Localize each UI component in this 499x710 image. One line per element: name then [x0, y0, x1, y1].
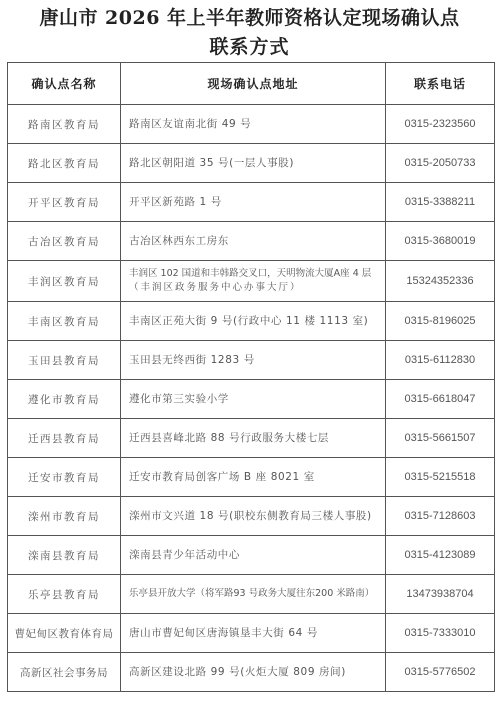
contact-table: 确认点名称 现场确认点地址 联系电话 路南区教育局 路南区友谊南北街 49 号 …	[7, 62, 495, 692]
office-address: 开平区新苑路 1 号	[121, 183, 386, 222]
office-address: 迁西县喜峰北路 88 号行政服务大楼七层	[121, 419, 386, 458]
office-phone: 0315-3680019	[386, 222, 495, 261]
header-phone: 联系电话	[386, 63, 495, 105]
header-address: 现场确认点地址	[121, 63, 386, 105]
office-phone: 0315-4123089	[386, 536, 495, 575]
office-phone: 0315-2050733	[386, 144, 495, 183]
office-name: 曹妃甸区教育体育局	[8, 614, 121, 653]
office-phone: 15324352336	[386, 261, 495, 302]
office-address: 路南区友谊南北街 49 号	[121, 105, 386, 144]
office-name: 玉田县教育局	[8, 341, 121, 380]
header-name: 确认点名称	[8, 63, 121, 105]
office-phone: 13473938704	[386, 575, 495, 614]
office-address: 丰润区 102 国道和丰韩路交叉口，天明物流大厦A座 4 层 （丰润区政务服务中…	[121, 261, 386, 302]
office-name: 乐亭县教育局	[8, 575, 121, 614]
table-row: 滦南县教育局 滦南县青少年活动中心 0315-4123089	[8, 536, 495, 575]
office-name: 路南区教育局	[8, 105, 121, 144]
office-address: 高新区建设北路 99 号(火炬大厦 809 房间)	[121, 653, 386, 692]
office-address: 古冶区林西东工房东	[121, 222, 386, 261]
table-row: 古冶区教育局 古冶区林西东工房东 0315-3680019	[8, 222, 495, 261]
office-name: 开平区教育局	[8, 183, 121, 222]
office-name: 丰南区教育局	[8, 302, 121, 341]
office-address-line1: 丰润区 102 国道和丰韩路交叉口，天明物流大厦A座 4 层	[129, 267, 385, 281]
office-address: 玉田县无终西街 1283 号	[121, 341, 386, 380]
office-phone: 0315-2323560	[386, 105, 495, 144]
table-row: 丰南区教育局 丰南区正苑大街 9 号(行政中心 11 楼 1113 室) 031…	[8, 302, 495, 341]
office-phone: 0315-5776502	[386, 653, 495, 692]
office-address: 遵化市第三实验小学	[121, 380, 386, 419]
office-phone: 0315-7333010	[386, 614, 495, 653]
office-address: 乐亭县开放大学（将军路93 号政务大厦往东200 米路南）	[121, 575, 386, 614]
office-address-line2: （丰润区政务服务中心办事大厅）	[129, 281, 385, 295]
table-row: 迁西县教育局 迁西县喜峰北路 88 号行政服务大楼七层 0315-5661507	[8, 419, 495, 458]
office-address: 滦州市文兴道 18 号(职校东侧教育局三楼人事股)	[121, 497, 386, 536]
office-phone: 0315-3388211	[386, 183, 495, 222]
office-name: 遵化市教育局	[8, 380, 121, 419]
office-phone: 0315-8196025	[386, 302, 495, 341]
office-address: 丰南区正苑大街 9 号(行政中心 11 楼 1113 室)	[121, 302, 386, 341]
office-name: 迁西县教育局	[8, 419, 121, 458]
office-address: 迁安市教育局创客广场 B 座 8021 室	[121, 458, 386, 497]
office-address: 滦南县青少年活动中心	[121, 536, 386, 575]
office-phone: 0315-5215518	[386, 458, 495, 497]
table-header-row: 确认点名称 现场确认点地址 联系电话	[8, 63, 495, 105]
table-row: 乐亭县教育局 乐亭县开放大学（将军路93 号政务大厦往东200 米路南） 134…	[8, 575, 495, 614]
table-row: 高新区社会事务局 高新区建设北路 99 号(火炬大厦 809 房间) 0315-…	[8, 653, 495, 692]
table-row: 路北区教育局 路北区朝阳道 35 号(一层人事股) 0315-2050733	[8, 144, 495, 183]
office-name: 滦南县教育局	[8, 536, 121, 575]
office-phone: 0315-5661507	[386, 419, 495, 458]
office-name: 路北区教育局	[8, 144, 121, 183]
office-name: 古冶区教育局	[8, 222, 121, 261]
table-row: 丰润区教育局 丰润区 102 国道和丰韩路交叉口，天明物流大厦A座 4 层 （丰…	[8, 261, 495, 302]
page-title: 唐山市 2026 年上半年教师资格认定现场确认点	[0, 4, 499, 32]
table-row: 开平区教育局 开平区新苑路 1 号 0315-3388211	[8, 183, 495, 222]
table-row: 路南区教育局 路南区友谊南北街 49 号 0315-2323560	[8, 105, 495, 144]
office-name: 迁安市教育局	[8, 458, 121, 497]
table-row: 滦州市教育局 滦州市文兴道 18 号(职校东侧教育局三楼人事股) 0315-71…	[8, 497, 495, 536]
office-phone: 0315-7128603	[386, 497, 495, 536]
office-name: 滦州市教育局	[8, 497, 121, 536]
table-row: 遵化市教育局 遵化市第三实验小学 0315-6618047	[8, 380, 495, 419]
table-row: 迁安市教育局 迁安市教育局创客广场 B 座 8021 室 0315-521551…	[8, 458, 495, 497]
office-phone: 0315-6618047	[386, 380, 495, 419]
office-phone: 0315-6112830	[386, 341, 495, 380]
table-row: 曹妃甸区教育体育局 唐山市曹妃甸区唐海镇垦丰大街 64 号 0315-73330…	[8, 614, 495, 653]
office-address: 唐山市曹妃甸区唐海镇垦丰大街 64 号	[121, 614, 386, 653]
page-subtitle: 联系方式	[0, 34, 499, 60]
office-name: 丰润区教育局	[8, 261, 121, 302]
office-name: 高新区社会事务局	[8, 653, 121, 692]
table-row: 玉田县教育局 玉田县无终西街 1283 号 0315-6112830	[8, 341, 495, 380]
office-address: 路北区朝阳道 35 号(一层人事股)	[121, 144, 386, 183]
